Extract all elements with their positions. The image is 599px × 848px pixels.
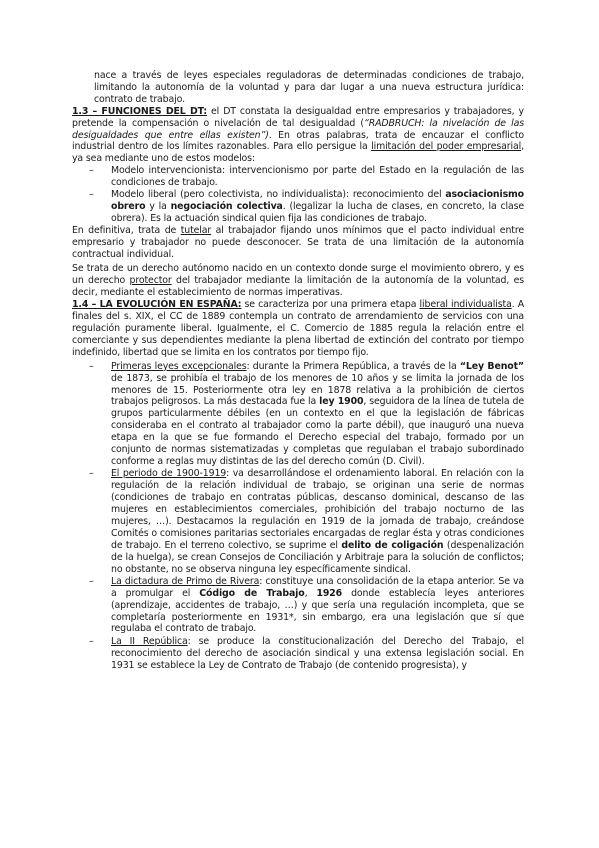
bold-term: “Ley Benot”	[460, 361, 524, 372]
underlined-term: limitación del poder empresarial	[371, 141, 521, 152]
list-item-primeras-leyes: – Primeras leyes excepcionales: durante …	[111, 361, 524, 468]
paragraph-protector: Se trata de un derecho autónomo nacido e…	[72, 263, 524, 299]
underlined-term: protector	[130, 275, 172, 286]
list-item-ii-republica: – La II República: se produce la constit…	[111, 636, 524, 672]
bold-term: negociación colectiva	[171, 201, 283, 212]
document-body: nace a través de leyes especiales regula…	[72, 70, 524, 671]
list-item-model-liberal: – Modelo liberal (pero colectivista, no …	[111, 189, 524, 225]
periods-list: – Primeras leyes excepcionales: durante …	[72, 361, 524, 672]
list-item-primo-de-rivera: – La dictadura de Primo de Rivera: const…	[111, 576, 524, 636]
document-page: nace a través de leyes especiales regula…	[0, 0, 599, 848]
period-title: La dictadura de Primo de Rivera	[111, 576, 259, 587]
section-1-4-paragraph: 1.4 – LA EVOLUCIÓN EN ESPAÑA: se caracte…	[72, 299, 524, 359]
bold-term: delito de coligación	[341, 540, 443, 551]
section-heading-1-4: 1.4 – LA EVOLUCIÓN EN ESPAÑA:	[72, 299, 241, 310]
dash-bullet-icon: –	[89, 636, 94, 648]
models-list: – Modelo intervencionista: intervencioni…	[72, 165, 524, 225]
dash-bullet-icon: –	[89, 165, 94, 177]
underlined-term: tutelar	[181, 225, 211, 236]
bold-term: ley 1900	[319, 396, 363, 407]
list-item-periodo-1900-1919: – El periodo de 1900-1919: va desarrollá…	[111, 468, 524, 575]
bold-term: Código de Trabajo	[199, 588, 304, 599]
period-title: Primeras leyes excepcionales	[111, 361, 247, 372]
period-title: El periodo de 1900-1919	[111, 468, 226, 479]
dash-bullet-icon: –	[89, 468, 94, 480]
list-item-model-intervencionista: – Modelo intervencionista: intervencioni…	[111, 165, 524, 189]
section-heading-1-3: 1.3 – FUNCIONES DEL DT:	[72, 106, 207, 117]
section-1-3-paragraph: 1.3 – FUNCIONES DEL DT: el DT constata l…	[72, 106, 524, 166]
intro-continuation: nace a través de leyes especiales regula…	[72, 70, 524, 106]
dash-bullet-icon: –	[89, 189, 94, 201]
bold-term: 1926	[316, 588, 342, 599]
underlined-term: liberal individualista	[420, 299, 512, 310]
dash-bullet-icon: –	[89, 576, 94, 588]
dash-bullet-icon: –	[89, 361, 94, 373]
period-title: La II República	[111, 636, 188, 647]
paragraph-tutelar: En definitiva, trata de tutelar al traba…	[72, 225, 524, 261]
